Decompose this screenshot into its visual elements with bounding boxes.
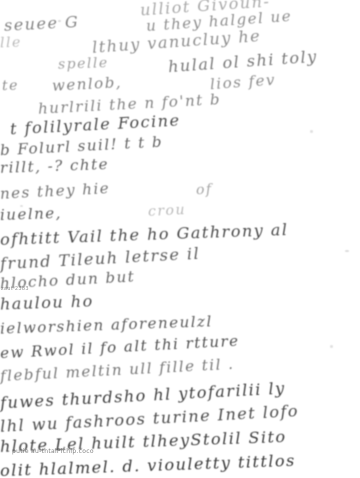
handwriting-line: crou xyxy=(148,203,187,219)
handwriting-line: hulal ol shi toly xyxy=(168,49,319,75)
scan-noise-speck xyxy=(20,205,23,207)
handwriting-line: spelle xyxy=(58,56,109,72)
handwriting-line: wenlob, xyxy=(52,75,123,94)
manuscript-page: ulliot Givoun- seuee G u they halgel ue … xyxy=(0,0,360,478)
handwriting-line: rillt, -? chte xyxy=(0,157,109,176)
handwriting-line: flebful meltin ull fille til . xyxy=(0,357,235,384)
handwriting-line: ofhtitt Vail the ho Gathrony al xyxy=(0,222,289,248)
scan-noise-speck xyxy=(310,130,313,133)
handwriting-line: lle xyxy=(0,36,22,51)
microprint-stamp: zaut 2383 xyxy=(1,287,29,292)
handwriting-line: olit hlalmel. d. viouletty tittlos xyxy=(0,453,296,478)
handwriting-line: ielworshien aforeneulzl xyxy=(0,314,213,336)
handwriting-line: seuee G xyxy=(4,14,80,34)
handwriting-line: te xyxy=(2,79,19,94)
handwriting-line: haulou ho xyxy=(0,293,94,312)
handwriting-line: b Folurl suil! t t b xyxy=(0,135,163,159)
handwriting-line: iuelne, xyxy=(0,206,62,223)
handwriting-line: of xyxy=(196,183,213,198)
scan-noise-speck xyxy=(330,345,333,348)
handwriting-line: nes they hie xyxy=(0,181,110,202)
scan-noise-speck xyxy=(58,20,61,22)
microprint-stamp: putie au-tntalPichlp.coco xyxy=(12,449,94,455)
scan-noise-speck xyxy=(345,250,349,252)
